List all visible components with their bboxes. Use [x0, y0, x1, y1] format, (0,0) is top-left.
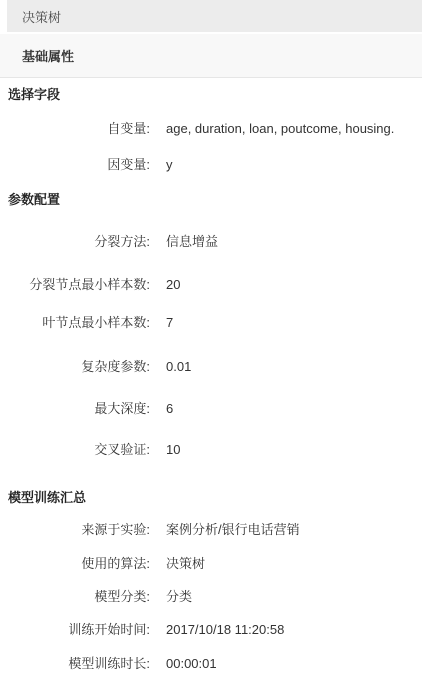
row-value-cross-validation: 10: [166, 442, 422, 457]
basic-properties-header-bar[interactable]: 基础属性: [0, 34, 422, 78]
row-label-model-category: 模型分类:: [0, 589, 150, 604]
row-value-independent-vars: age, duration, loan, poutcome, housing.: [166, 121, 422, 136]
model-title-bar[interactable]: 决策树: [7, 0, 422, 32]
property-row: 来源于实验: 案例分析/银行电话营销: [0, 522, 422, 537]
row-value-split-method: 信息增益: [166, 234, 422, 249]
basic-properties-title: 基础属性: [22, 46, 74, 65]
row-label-independent-vars: 自变量:: [0, 121, 150, 136]
row-label-training-duration: 模型训练时长:: [0, 656, 150, 671]
property-row: 训练开始时间: 2017/10/18 11:20:58: [0, 622, 422, 637]
section-title-training-summary: 模型训练汇总: [8, 490, 422, 505]
row-label-source-experiment: 来源于实验:: [0, 522, 150, 537]
property-row: 交叉验证: 10: [0, 442, 422, 457]
row-value-training-start-time: 2017/10/18 11:20:58: [166, 622, 422, 637]
row-label-min-leaf-samples: 叶节点最小样本数:: [0, 315, 150, 330]
section-title-select-fields: 选择字段: [8, 87, 422, 102]
model-title: 决策树: [22, 7, 61, 26]
row-label-algorithm-used: 使用的算法:: [0, 556, 150, 571]
row-label-max-depth: 最大深度:: [0, 401, 150, 416]
property-row: 分裂方法: 信息增益: [0, 234, 422, 249]
row-value-training-duration: 00:00:01: [166, 656, 422, 671]
row-label-dependent-var: 因变量:: [0, 157, 150, 172]
property-row: 模型训练时长: 00:00:01: [0, 656, 422, 671]
property-row: 最大深度: 6: [0, 401, 422, 416]
property-row: 分裂节点最小样本数: 20: [0, 277, 422, 292]
property-row: 使用的算法: 决策树: [0, 556, 422, 571]
property-row: 叶节点最小样本数: 7: [0, 315, 422, 330]
section-title-parameters: 参数配置: [8, 192, 422, 207]
row-value-model-category: 分类: [166, 589, 422, 604]
row-label-training-start-time: 训练开始时间:: [0, 622, 150, 637]
row-value-algorithm-used: 决策树: [166, 556, 422, 571]
row-value-min-split-samples: 20: [166, 277, 422, 292]
row-label-cross-validation: 交叉验证:: [0, 442, 150, 457]
property-row: 复杂度参数: 0.01: [0, 359, 422, 374]
row-label-min-split-samples: 分裂节点最小样本数:: [0, 277, 150, 292]
row-value-min-leaf-samples: 7: [166, 315, 422, 330]
row-label-split-method: 分裂方法:: [0, 234, 150, 249]
property-row: 因变量: y: [0, 157, 422, 172]
row-value-source-experiment: 案例分析/银行电话营销: [166, 522, 422, 537]
property-row: 自变量: age, duration, loan, poutcome, hous…: [0, 121, 422, 136]
row-value-dependent-var: y: [166, 157, 422, 172]
row-value-max-depth: 6: [166, 401, 422, 416]
row-label-complexity-param: 复杂度参数:: [0, 359, 150, 374]
row-value-complexity-param: 0.01: [166, 359, 422, 374]
properties-content: 选择字段 自变量: age, duration, loan, poutcome,…: [0, 87, 422, 671]
property-row: 模型分类: 分类: [0, 589, 422, 604]
